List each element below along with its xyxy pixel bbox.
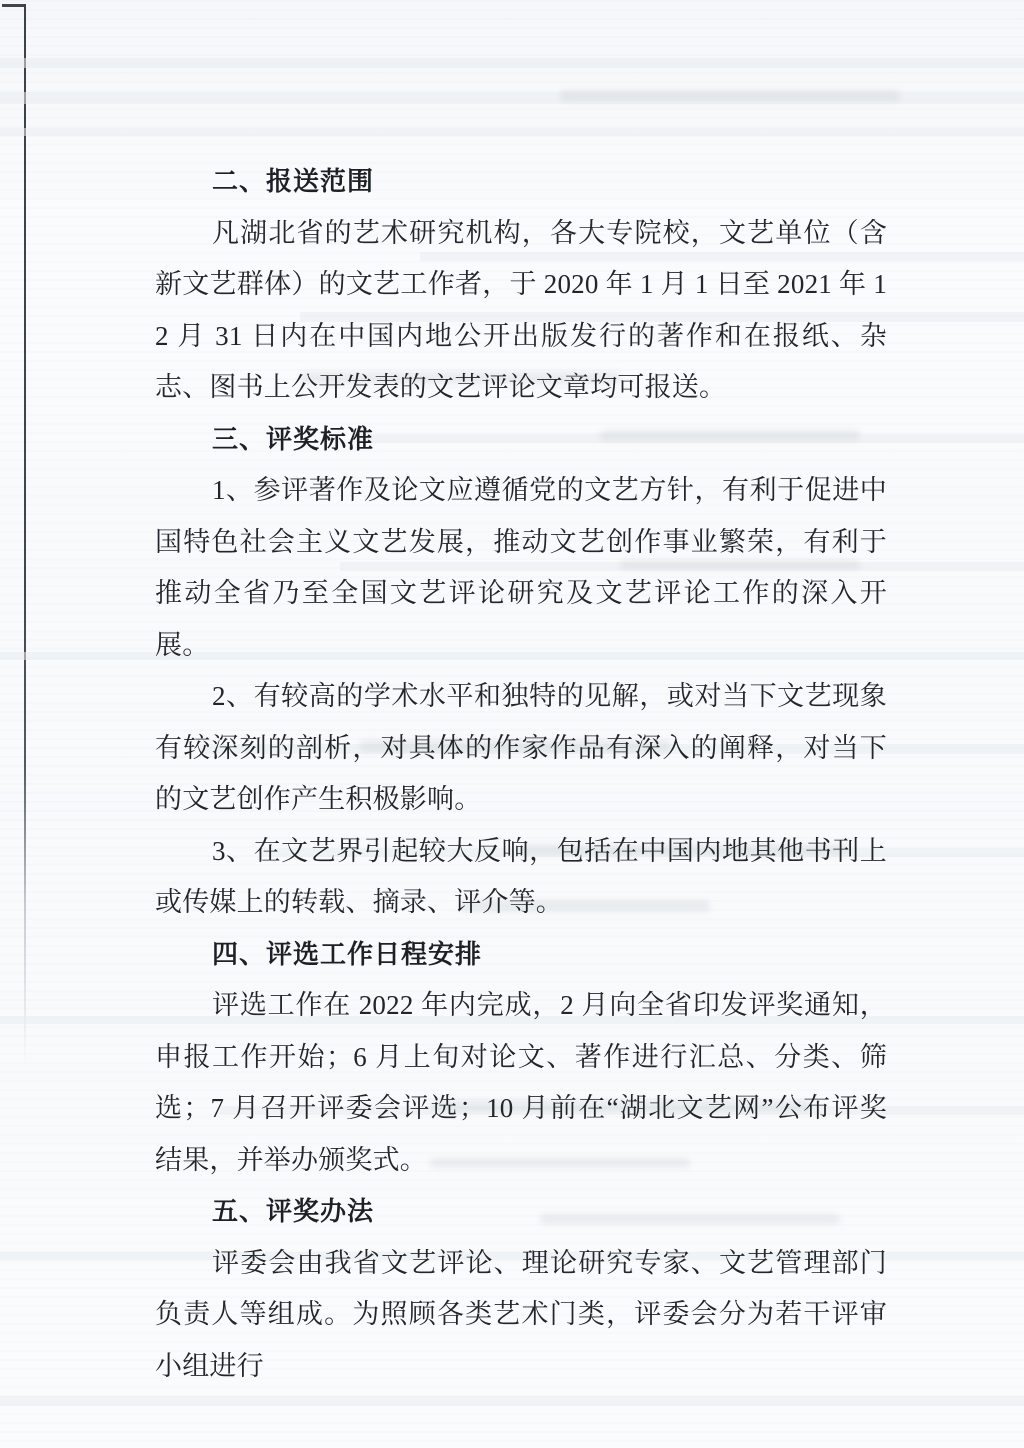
section-heading: 三、评奖标准 — [155, 414, 887, 466]
section-paragraphs: 评委会由我省文艺评论、理论研究专家、文艺管理部门负责人等组成。为照顾各类艺术门类… — [155, 1238, 887, 1393]
section-heading: 五、评奖办法 — [155, 1186, 887, 1238]
scan-streak — [0, 128, 1024, 136]
paragraph: 评选工作在 2022 年内完成，2 月向全省印发评奖通知，申报工作开始；6 月上… — [155, 980, 887, 1186]
paragraph: 1、参评著作及论文应遵循党的文艺方针，有利于促进中国特色社会主义文艺发展，推动文… — [155, 465, 887, 671]
scan-edge-tick — [2, 4, 26, 7]
scanned-document-page: 二、报送范围 凡湖北省的艺术研究机构，各大专院校，文艺单位（含新文艺群体）的文艺… — [0, 0, 1024, 1448]
ghost-text-artifact — [560, 90, 900, 102]
scan-streak — [0, 1396, 1024, 1406]
paragraph: 3、在文艺界引起较大反响，包括在中国内地其他书刊上或传媒上的转载、摘录、评介等。 — [155, 826, 887, 929]
section-paragraphs: 评选工作在 2022 年内完成，2 月向全省印发评奖通知，申报工作开始；6 月上… — [155, 980, 887, 1186]
section-paragraphs: 凡湖北省的艺术研究机构，各大专院校，文艺单位（含新文艺群体）的文艺工作者，于 2… — [155, 208, 887, 414]
scan-edge-line — [24, 4, 26, 1064]
paragraph: 评委会由我省文艺评论、理论研究专家、文艺管理部门负责人等组成。为照顾各类艺术门类… — [155, 1238, 887, 1393]
paragraph: 凡湖北省的艺术研究机构，各大专院校，文艺单位（含新文艺群体）的文艺工作者，于 2… — [155, 208, 887, 414]
document-section: 五、评奖办法 评委会由我省文艺评论、理论研究专家、文艺管理部门负责人等组成。为照… — [155, 1186, 887, 1392]
scan-streak — [0, 58, 1024, 68]
section-heading: 四、评选工作日程安排 — [155, 929, 887, 981]
section-heading: 二、报送范围 — [155, 156, 887, 208]
document-section: 四、评选工作日程安排 评选工作在 2022 年内完成，2 月向全省印发评奖通知，… — [155, 929, 887, 1187]
paragraph: 2、有较高的学术水平和独特的见解，或对当下文艺现象有较深刻的剖析，对具体的作家作… — [155, 671, 887, 826]
document-body: 二、报送范围 凡湖北省的艺术研究机构，各大专院校，文艺单位（含新文艺群体）的文艺… — [155, 156, 887, 1392]
scan-streak — [0, 92, 1024, 104]
section-paragraphs: 1、参评著作及论文应遵循党的文艺方针，有利于促进中国特色社会主义文艺发展，推动文… — [155, 465, 887, 929]
document-section: 二、报送范围 凡湖北省的艺术研究机构，各大专院校，文艺单位（含新文艺群体）的文艺… — [155, 156, 887, 414]
document-section: 三、评奖标准 1、参评著作及论文应遵循党的文艺方针，有利于促进中国特色社会主义文… — [155, 414, 887, 929]
